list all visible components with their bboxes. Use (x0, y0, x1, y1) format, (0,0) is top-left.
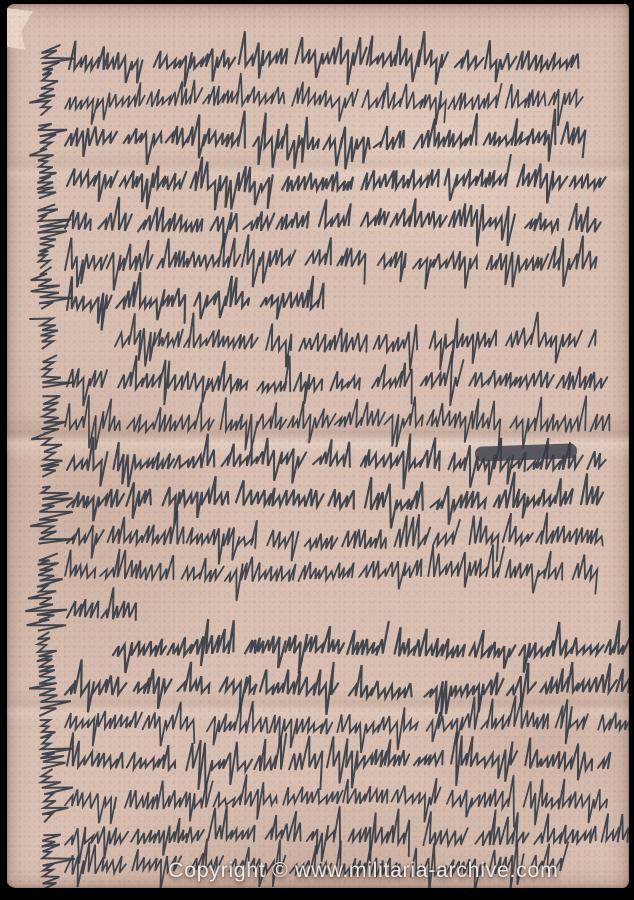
handwritten-line (67, 272, 324, 330)
handwritten-line (67, 587, 136, 620)
handwritten-line (67, 511, 603, 565)
handwriting-body-lines (65, 31, 629, 888)
handwritten-line (65, 775, 607, 827)
letter-paper (7, 4, 629, 888)
handwritten-line (65, 660, 629, 717)
handwritten-line (115, 312, 596, 370)
handwritten-line (65, 806, 628, 864)
margin-note-handwriting (25, 45, 75, 888)
handwritten-line (65, 395, 609, 451)
handwritten-line (67, 351, 607, 406)
handwritten-line (65, 109, 585, 170)
handwritten-line (65, 197, 601, 247)
copyright-watermark: Copyright © www.militaria-archive.com (168, 858, 559, 883)
paper-corner-tear (7, 8, 33, 50)
handwritten-line (67, 155, 606, 210)
handwritten-line (67, 732, 610, 790)
handwritten-line (113, 619, 629, 674)
letter-scan: Copyright © www.militaria-archive.com (0, 0, 634, 900)
handwritten-line (65, 695, 629, 753)
handwritten-line (65, 233, 597, 290)
handwriting-ink (7, 4, 629, 888)
handwritten-line (67, 434, 606, 490)
handwritten-line (65, 73, 583, 126)
handwritten-line (69, 31, 578, 87)
handwritten-line (65, 544, 597, 600)
ink-blot (475, 443, 577, 462)
handwritten-line (67, 472, 603, 529)
margin-note-line (25, 45, 75, 888)
